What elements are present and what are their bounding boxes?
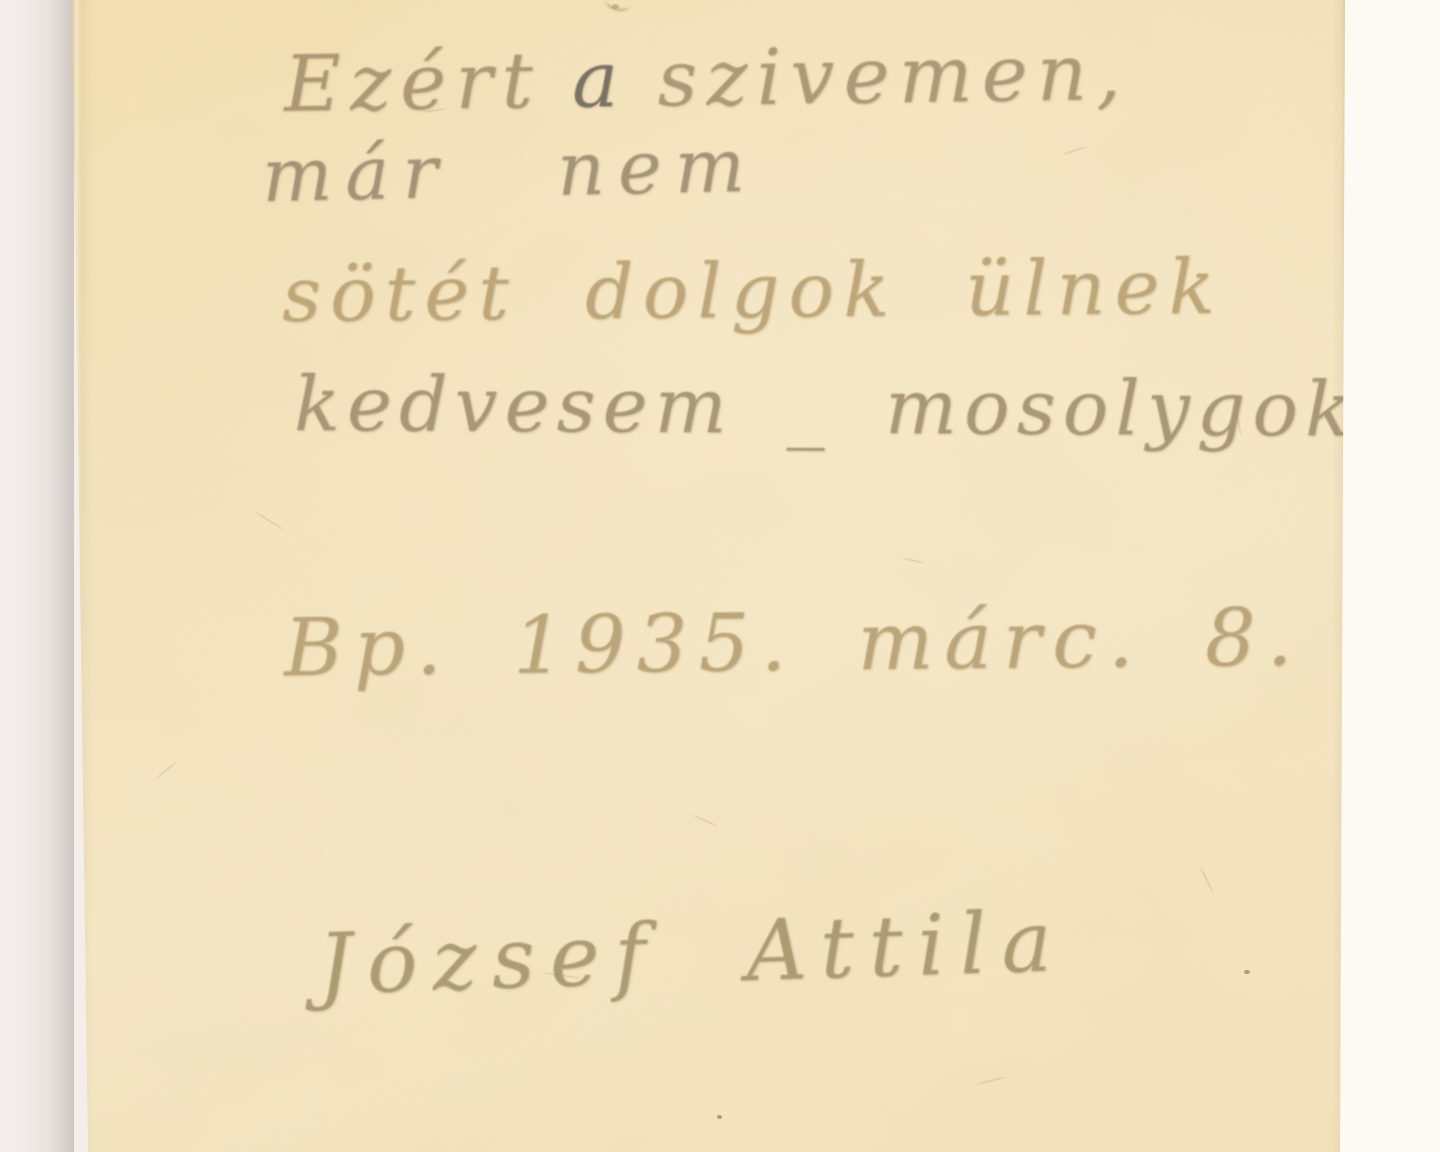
poem-line-2: már nem (261, 123, 759, 219)
poem-line-1-article: a (571, 35, 628, 126)
paper-fiber (1062, 146, 1087, 155)
poem-line-1: Ezértaszivemen, (283, 28, 1130, 130)
paper-fiber (422, 108, 446, 112)
paper-speck (1244, 970, 1250, 974)
paper-edge-shadow (18, 0, 74, 1152)
poem-line-3: sötét dolgok ülnek (282, 242, 1224, 339)
paper-texture (72, 0, 1345, 1152)
paper-sheet: Ezértaszivemen, már nem sötét dolgok üln… (72, 0, 1345, 1152)
paper-fiber (902, 558, 924, 564)
poem-line-1-rest: szivemen, (657, 28, 1131, 125)
paper-fiber (1234, 405, 1242, 437)
poem-line-1-word-ezert: Ezért (283, 36, 542, 130)
paper-speck (717, 1115, 722, 1119)
date-line: Bp. 1935. márc. 8. (284, 591, 1304, 695)
paper-fiber (542, 972, 582, 979)
paper-fiber (1200, 867, 1214, 894)
cropped-pencil-stroke (603, 0, 632, 14)
poem-line-4: kedvesem _ mosolygok. (294, 359, 1390, 454)
paper-fiber (693, 815, 717, 826)
paper-fiber (155, 761, 177, 780)
paper-fiber (254, 511, 283, 530)
signature: József Attila (317, 892, 1068, 1013)
paper-fiber (977, 1076, 1006, 1084)
